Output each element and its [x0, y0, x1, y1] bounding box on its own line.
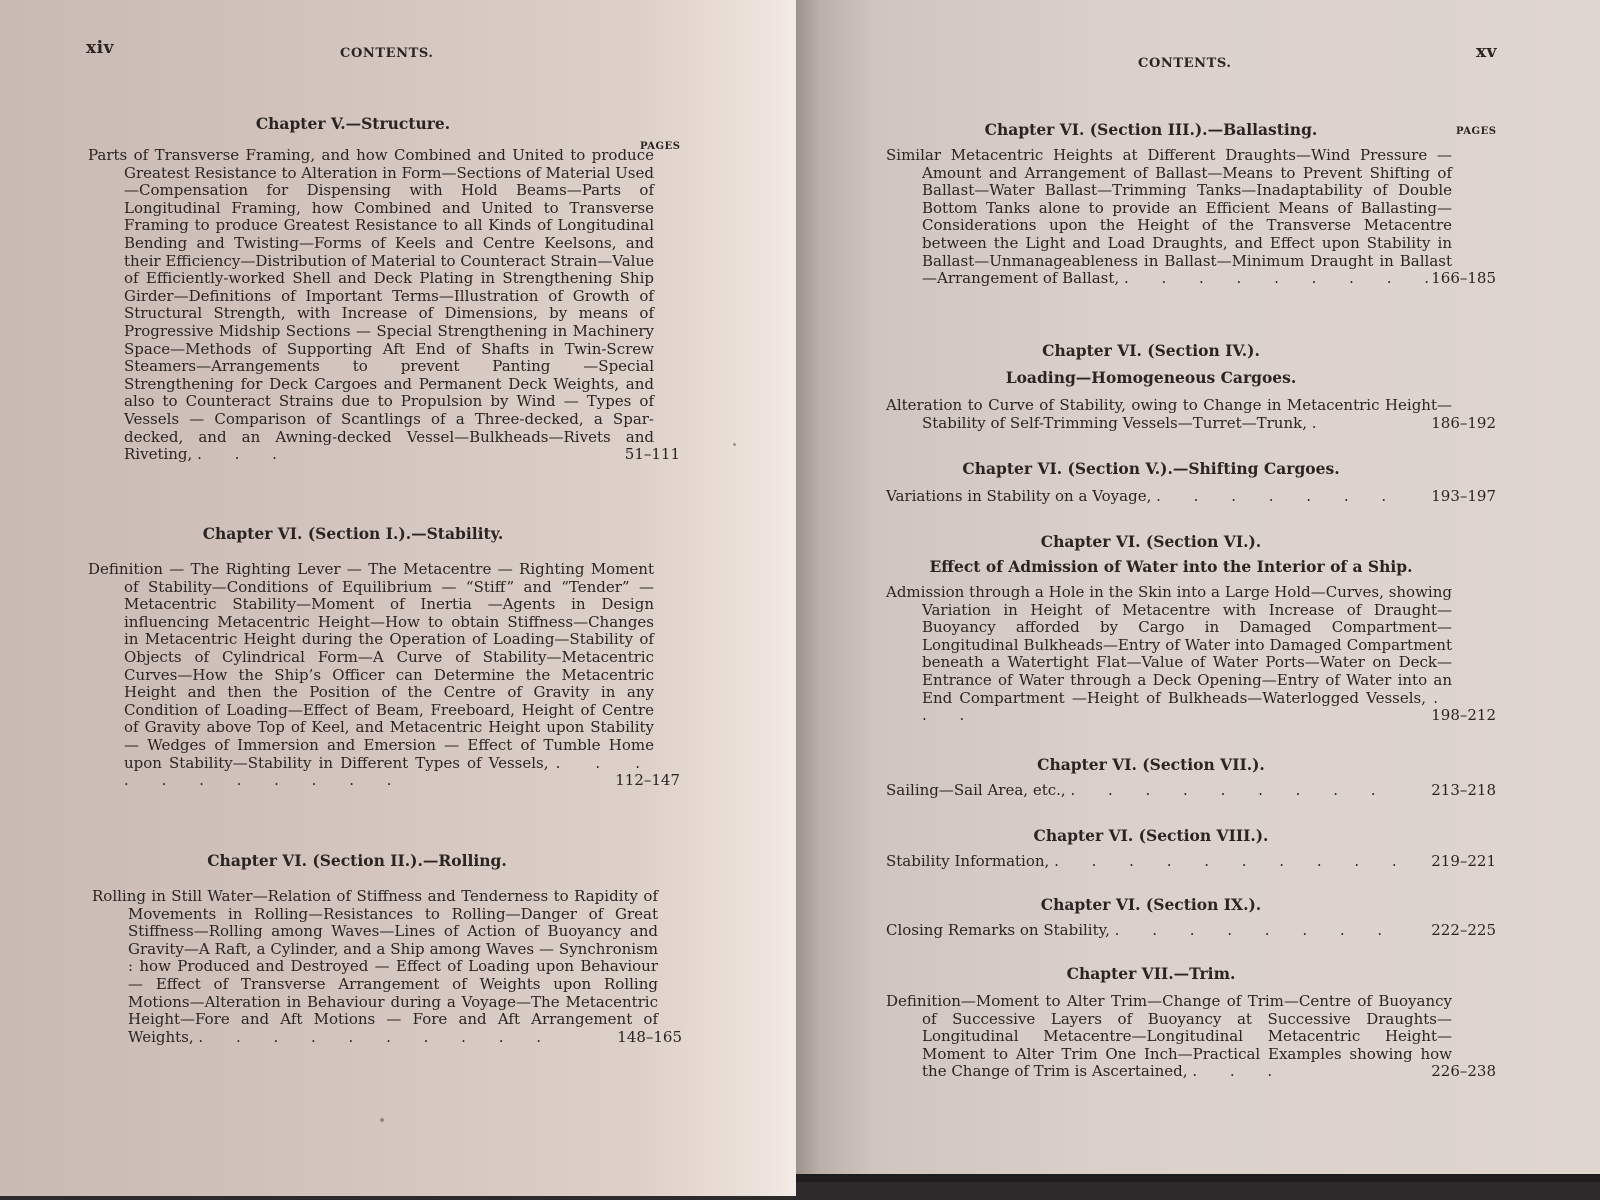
- toc-section: Chapter VI. (Section II.).—Rolling. Roll…: [92, 851, 702, 1046]
- dot-leader: . . . . . . . .: [1115, 921, 1397, 939]
- chapter-title: Chapter VI. (Section VIII.).: [886, 826, 1416, 845]
- chapter-title: Chapter VI. (Section I.).—Stability.: [88, 524, 618, 543]
- entry-description: Admission through a Hole in the Skin int…: [886, 584, 1452, 725]
- entry-description: Stability Information, . . . . . . . . .…: [886, 853, 1452, 871]
- page-range: 148–165: [617, 1029, 682, 1047]
- toc-section: Chapter VII.—Trim. Definition—Moment to …: [886, 964, 1496, 1081]
- entry-description: Sailing—Sail Area, etc., . . . . . . . .…: [886, 782, 1452, 800]
- page-range: 112–147: [615, 772, 680, 790]
- toc-section: Chapter VI. (Section IX.). Closing Remar…: [886, 895, 1496, 940]
- chapter-title: Chapter VI. (Section VI.).: [886, 532, 1416, 551]
- entry-description: Variations in Stability on a Voyage, . .…: [886, 488, 1452, 506]
- toc-section: Chapter VI. (Section VIII.). Stability I…: [886, 826, 1496, 871]
- paper-speck: [733, 443, 736, 446]
- toc-section: Chapter VI. (Section III.).—Ballasting. …: [886, 120, 1496, 288]
- left-page: xiv CONTENTS. PAGES Chapter V.—Structure…: [0, 0, 796, 1196]
- paper-speck: [380, 1118, 384, 1122]
- toc-entry: Parts of Transverse Framing, and how Com…: [88, 147, 698, 464]
- chapter-title: Chapter V.—Structure.: [88, 114, 618, 133]
- page-range: 219–221: [1431, 853, 1496, 871]
- running-head: CONTENTS.: [340, 46, 434, 61]
- dot-leader: .: [1312, 414, 1331, 432]
- chapter-title: Chapter VI. (Section III.).—Ballasting.: [886, 120, 1416, 139]
- entry-description: Rolling in Still Water—Relation of Stiff…: [92, 888, 658, 1046]
- running-head: CONTENTS.: [1138, 56, 1232, 71]
- dot-leader: . . . . . . . . .: [1124, 269, 1443, 287]
- chapter-title: Chapter VI. (Section II.).—Rolling.: [92, 851, 622, 870]
- toc-entry: Closing Remarks on Stability, . . . . . …: [886, 922, 1496, 940]
- dot-leader: . . . . . . . . . .: [198, 1028, 555, 1046]
- toc-section: Chapter VI. (Section VII.). Sailing—Sail…: [886, 755, 1496, 800]
- chapter-title: Chapter VII.—Trim.: [886, 964, 1416, 983]
- entry-description: Closing Remarks on Stability, . . . . . …: [886, 922, 1452, 940]
- page-range: 193–197: [1431, 488, 1496, 506]
- dot-leader: . . .: [197, 445, 291, 463]
- toc-entry: Definition—Moment to Alter Trim—Change o…: [886, 993, 1496, 1081]
- page-range: 186–192: [1431, 415, 1496, 433]
- toc-entry: Definition — The Righting Lever — The Me…: [88, 561, 698, 790]
- page-range: 213–218: [1431, 782, 1496, 800]
- dot-leader: . . . . . . . . . .: [1054, 852, 1411, 870]
- toc-entry: Variations in Stability on a Voyage, . .…: [886, 488, 1496, 506]
- chapter-title: Chapter VI. (Section IX.).: [886, 895, 1416, 914]
- entry-description: Definition — The Righting Lever — The Me…: [88, 561, 654, 790]
- toc-entry: Sailing—Sail Area, etc., . . . . . . . .…: [886, 782, 1496, 800]
- entry-description: Parts of Transverse Framing, and how Com…: [88, 147, 654, 464]
- page-range: 166–185: [1431, 270, 1496, 288]
- toc-section: Chapter VI. (Section IV.). Loading—Homog…: [886, 341, 1496, 432]
- page-range: 51–111: [625, 446, 680, 464]
- toc-section: Chapter VI. (Section VI.). Effect of Adm…: [886, 532, 1496, 725]
- chapter-title: Chapter VI. (Section IV.).: [886, 341, 1416, 360]
- page-number: xv: [1476, 42, 1497, 62]
- toc-section: Chapter VI. (Section I.).—Stability. Def…: [88, 524, 698, 790]
- chapter-subtitle: Effect of Admission of Water into the In…: [886, 557, 1456, 576]
- dot-leader: . . . . . . . . .: [1070, 781, 1389, 799]
- entry-description: Alteration to Curve of Stability, owing …: [886, 397, 1452, 432]
- entry-description: Definition—Moment to Alter Trim—Change o…: [886, 993, 1452, 1081]
- toc-section: Chapter V.—Structure. Parts of Transvers…: [88, 114, 698, 464]
- chapter-subtitle: Loading—Homogeneous Cargoes.: [886, 368, 1416, 387]
- dot-leader: . . . . . . .: [1156, 487, 1400, 505]
- chapter-title: Chapter VI. (Section V.).—Shifting Cargo…: [886, 459, 1416, 478]
- page-number: xiv: [86, 38, 114, 58]
- toc-entry: Similar Metacentric Heights at Different…: [886, 147, 1496, 288]
- page-range: 222–225: [1431, 922, 1496, 940]
- toc-entry: Admission through a Hole in the Skin int…: [886, 584, 1496, 725]
- dot-leader: . . .: [1192, 1062, 1286, 1080]
- toc-entry: Stability Information, . . . . . . . . .…: [886, 853, 1496, 871]
- page-range: 226–238: [1431, 1063, 1496, 1081]
- toc-entry: Alteration to Curve of Stability, owing …: [886, 397, 1496, 432]
- chapter-title: Chapter VI. (Section VII.).: [886, 755, 1416, 774]
- book-spread: xiv CONTENTS. PAGES Chapter V.—Structure…: [0, 0, 1600, 1200]
- toc-entry: Rolling in Still Water—Relation of Stiff…: [92, 888, 702, 1046]
- page-range: 198–212: [1431, 707, 1496, 725]
- toc-section: Chapter VI. (Section V.).—Shifting Cargo…: [886, 459, 1496, 506]
- entry-description: Similar Metacentric Heights at Different…: [886, 147, 1452, 288]
